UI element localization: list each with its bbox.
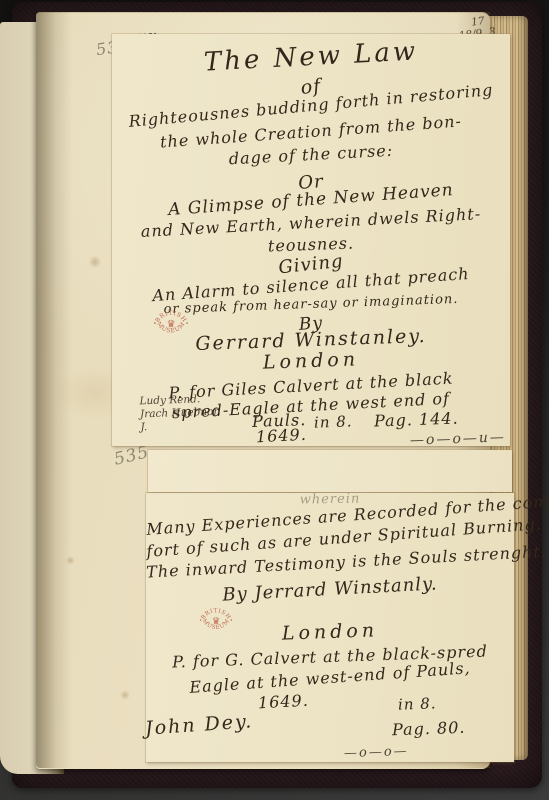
age-spot <box>66 556 75 565</box>
british-museum-stamp: BRITISH MUSEUM ♛ <box>150 302 192 344</box>
format-note: in 8. <box>314 414 353 430</box>
catalogue-slip-534: The New Law of Righteousnes budding fort… <box>112 34 510 446</box>
photograph-of-manuscript-page: 534 Win. 17 18/9. 3 535 The New Law of R… <box>0 0 549 800</box>
pagination-note: Pag. 144. <box>374 411 459 430</box>
closing-flourish: —o—o— <box>344 745 409 760</box>
stamp-crown-icon: ♛ <box>167 319 176 330</box>
pagination-note: Pag. 80. <box>392 720 466 739</box>
imprint-year: 1649. <box>258 693 310 712</box>
age-spot <box>88 256 102 268</box>
gutter-shadow <box>36 12 72 768</box>
format-note: in 8. <box>398 696 437 712</box>
blank-paste-strip <box>148 450 512 492</box>
stamp-crown-icon: ♛ <box>212 616 220 627</box>
age-spot <box>120 690 130 700</box>
imprint-year: 1649. <box>256 427 308 446</box>
british-museum-stamp: BRITISH MUSEUM ♛ <box>196 600 236 640</box>
margin-ownership-notes: Ludy Rend. Jrach Huebnor. J. <box>139 393 221 435</box>
closing-flourish: —o—o—u— <box>410 430 506 447</box>
